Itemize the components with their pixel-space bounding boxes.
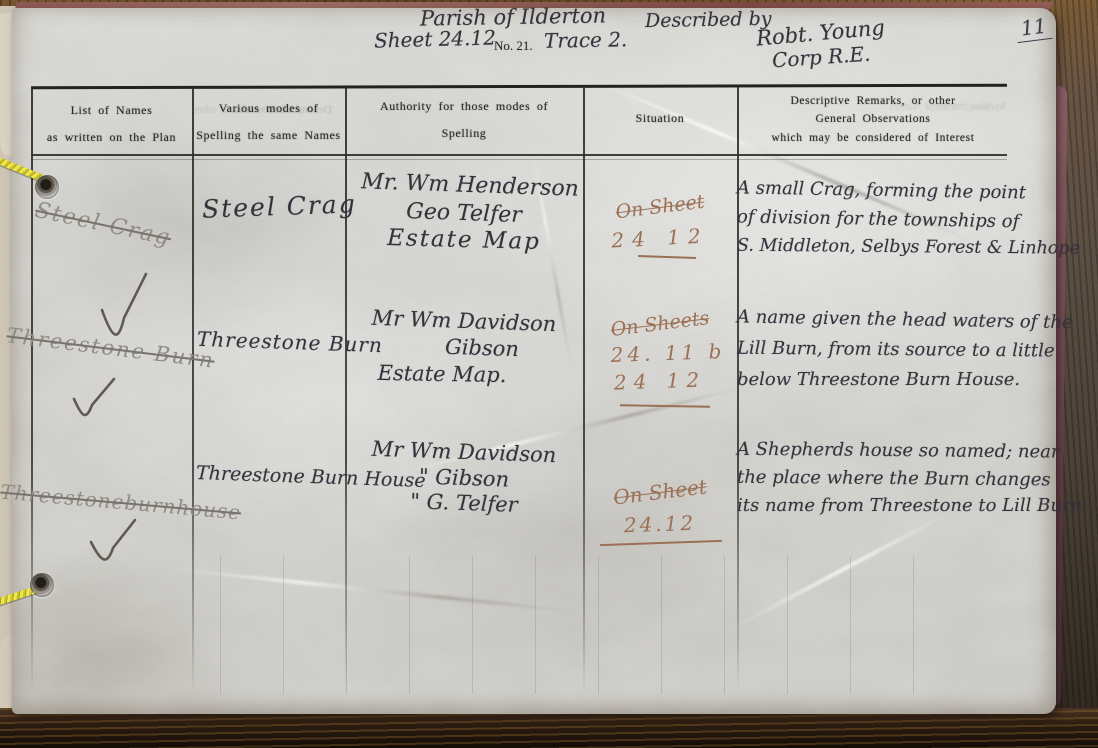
remarks-line: its name from Threestone to Lill Burn. <box>737 495 1037 516</box>
column-header-authority-line1: Authority for those modes of <box>345 99 583 114</box>
column-header-authority-line2: Spelling <box>345 126 583 141</box>
remarks-line: the place where the Burn changes <box>737 467 1037 491</box>
column-header-spelling-modes-line1: Various modes of <box>192 101 345 116</box>
header-sheet-number: Sheet 24.12 <box>374 25 496 52</box>
binding-hole-top <box>35 175 59 199</box>
book-bottom-edge <box>0 708 1098 748</box>
authority-line: Estate Map. <box>323 360 561 388</box>
bleed-through-ruled-lines <box>220 556 950 694</box>
name-book-photo: Descriptive Remarks, or other General Ob… <box>0 0 1098 748</box>
header-no-label: No. 21. <box>494 38 533 54</box>
column-header-spelling-modes-line2: Spelling the same Names <box>192 128 345 143</box>
remarks-line: Lill Burn, from its source to a little <box>737 338 1037 362</box>
check-mark <box>68 375 120 423</box>
remarks-line: S. Middleton, Selbys Forest & Linhope <box>737 236 1037 259</box>
remarks-line: below Threestone Burn House. <box>737 369 1037 390</box>
column-header-remarks-line3: which may be considered of Interest <box>737 132 1009 144</box>
binding-hole-bottom <box>30 573 54 597</box>
spelling-entry: Steel Crag <box>202 189 358 223</box>
column-header-names-line1: List of Names <box>31 103 192 118</box>
table-header-rule-minor <box>31 159 1007 160</box>
page-number: 11 <box>1015 13 1053 43</box>
column-header-remarks-line2: General Observations <box>737 113 1009 125</box>
check-mark <box>85 514 141 570</box>
table-header-rule <box>31 154 1007 156</box>
header-described-by-label: Described by <box>645 8 772 32</box>
column-header-names-line2: as written on the Plan <box>31 130 192 145</box>
header-trace-number: Trace 2. <box>544 27 628 52</box>
column-header-remarks-line1: Descriptive Remarks, or other <box>737 95 1009 107</box>
remarks-line: A Shepherds house so named; near <box>737 439 1037 463</box>
column-header-situation: Situation <box>583 111 737 126</box>
column-divider-1 <box>192 87 194 693</box>
